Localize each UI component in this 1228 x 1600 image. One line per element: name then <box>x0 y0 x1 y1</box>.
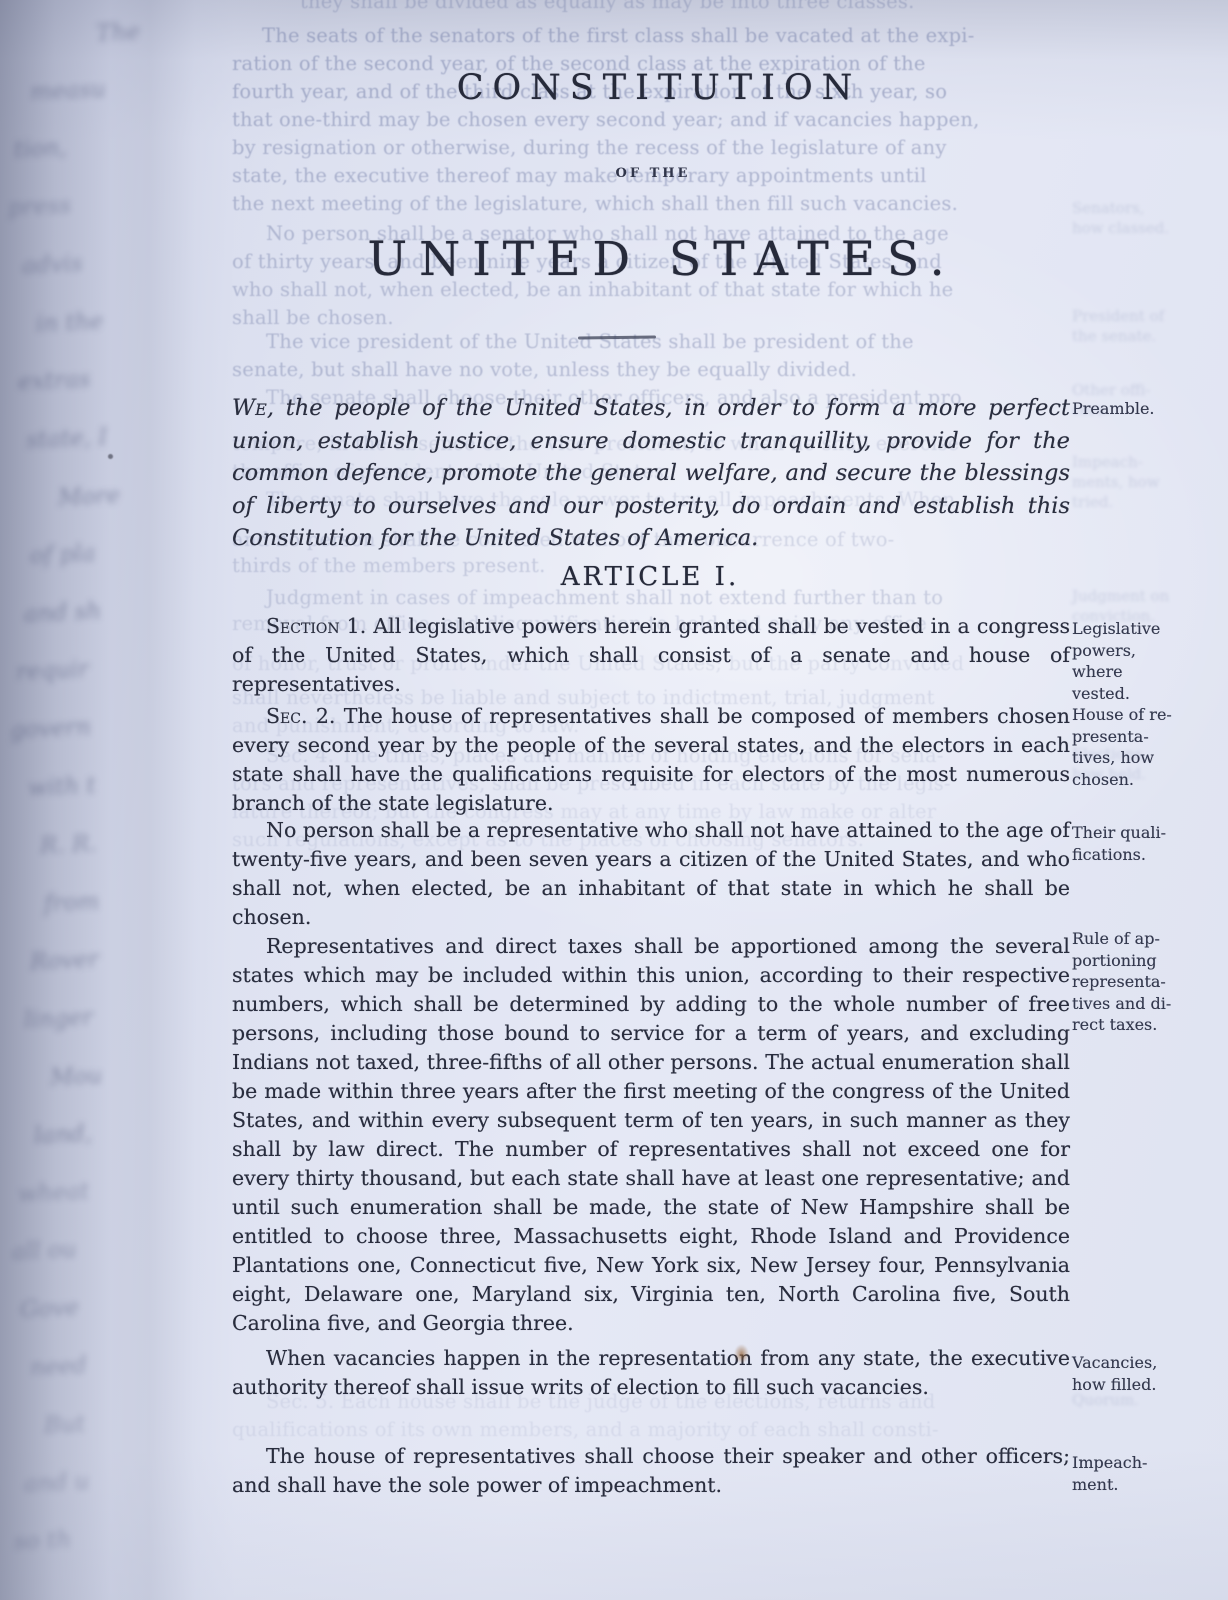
margin-note: Their quali- fications. <box>1072 822 1192 865</box>
ink-speck <box>108 454 113 459</box>
margin-notes-column: Preamble.Legislative powers, where veste… <box>0 0 1228 1600</box>
scanned-book-page: Themeasution,pressadvisin theextrasstate… <box>0 0 1228 1600</box>
foxing-stain <box>734 1344 749 1364</box>
margin-note: Preamble. <box>1072 398 1192 420</box>
margin-note: Rule of ap- portioning representa- tives… <box>1072 928 1192 1036</box>
ink-speck <box>326 804 329 807</box>
margin-note: Impeach- ment. <box>1072 1452 1192 1495</box>
margin-note: Legislative powers, where vested. <box>1072 618 1192 704</box>
margin-note: House of re- presenta- tives, how chosen… <box>1072 704 1192 790</box>
margin-note: Vacancies, how filled. <box>1072 1352 1192 1395</box>
